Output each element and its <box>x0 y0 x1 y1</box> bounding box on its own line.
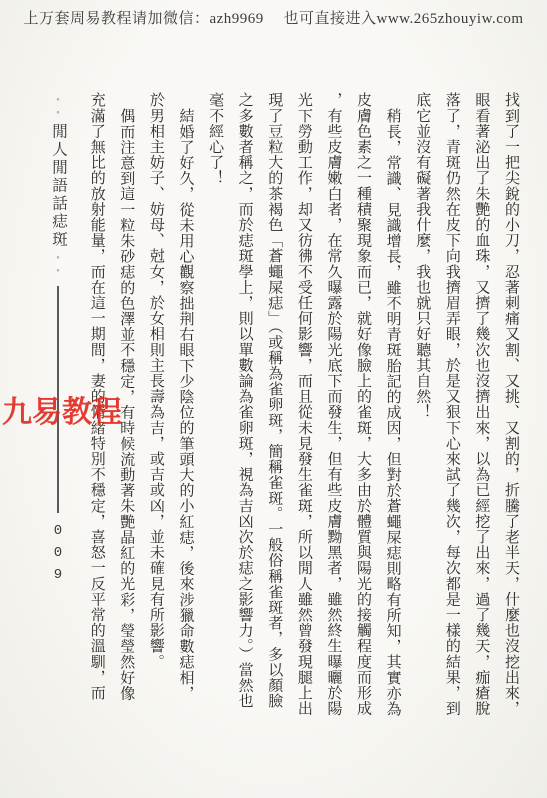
page-number: 009 <box>50 523 66 589</box>
text-column: 於男相主妨子、妨母、尅女，於女相則主長壽為吉，或吉或凶，並未確見有所影響。 <box>137 92 167 724</box>
text-column: 光下勞動工作，却又彷彿不受任何影響，而且從未見發生雀斑，所以閒人雖然曾發現腿上出 <box>285 92 315 724</box>
text-columns: 找到了一把尖銳的小刀，忍著刺痛又割、又挑、又割的，折騰了老半天，什麼也沒挖出來，… <box>77 92 522 724</box>
text-column: 落了，青斑仍然在皮下向我擠眉弄眼，於是又狠下心來試了幾次，每次都是一樣的結果，到 <box>433 92 463 724</box>
text-column: 之多數者稱之，而於痣斑學上，則以單數論為雀卵斑，視為吉凶次於痣之影響力。）當然也 <box>226 92 256 724</box>
text-column: 結婚了好久，從未用心觀察拙荆右眼下少陰位的筆頭大的小紅痣，後來涉獵命數痣相， <box>167 92 197 740</box>
title-ornament-bottom: ◦◦ <box>43 252 73 278</box>
text-column: 稍長，常識、見識增長，雖不明青斑胎記的成因，但對於蒼蠅屎痣則略有所知，其實亦為 <box>374 92 404 740</box>
text-column: 毫不經心了！ <box>196 92 226 724</box>
text-column: 找到了一把尖銳的小刀，忍著刺痛又割、又挑、又割的，折騰了老半天，什麼也沒挖出來， <box>492 92 522 724</box>
left-margin-strip: ◦◦ 閒人閒語話痣斑 ◦◦ 009 <box>43 94 73 589</box>
text-column: 皮膚色素之一種積聚現象而已，就好像臉上的雀斑，大多由於體質與陽光的接觸程度而形成 <box>344 92 374 724</box>
scanned-book-page: 上万套周易教程请加微信：azh9969 也可直接进入www.265zhouyiw… <box>0 0 547 798</box>
text-column: 現了豆粒大的茶褐色「蒼蠅屎痣」（或稱為雀卵斑，簡稱雀斑。一般俗稱雀斑者，多以顏臉 <box>256 92 286 724</box>
red-watermark: 九易教程 <box>2 387 122 431</box>
title-ornament-top: ◦◦ <box>43 94 73 120</box>
text-column: ，有些皮膚嫩白者，在常久曝露於陽光底下而發生，但有些皮膚黝黑者，雖然終生曝曬於陽 <box>315 92 345 724</box>
text-column: 眼看著泌出了朱艷的血珠，又擠了幾次也沒擠出來，以為已經挖了出來，過了幾天，痂瘡脫 <box>463 92 493 724</box>
promo-header-text: 上万套周易教程请加微信：azh9969 也可直接进入www.265zhouyiw… <box>0 7 547 28</box>
running-title: 閒人閒語話痣斑 <box>47 123 69 249</box>
text-column: 底它並沒有礙著我什麼，我也就只好聽其自然！ <box>404 92 434 724</box>
